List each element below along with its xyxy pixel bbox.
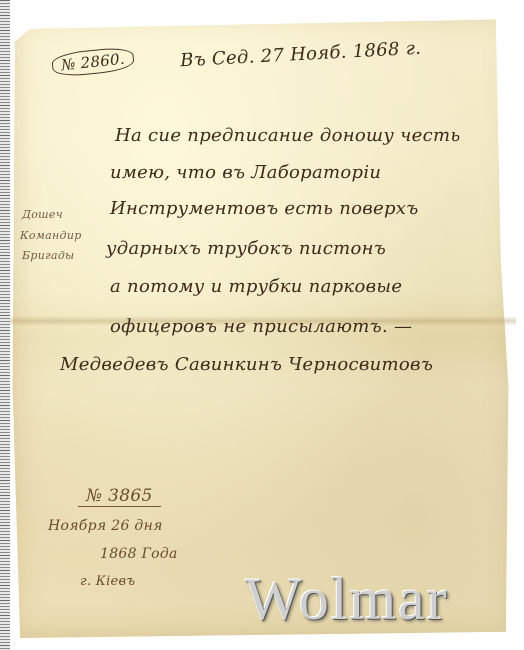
registration-date: Ноября 26 дня [48, 518, 163, 534]
margin-note-line: Бригады [22, 249, 74, 262]
body-line: Инструментовъ есть поверхъ [110, 198, 419, 219]
signature: Медведевъ Савинкинъ Черносвитовъ [60, 354, 433, 375]
registration-place: г. Кіевъ [80, 574, 135, 589]
body-line: На сие предписание доношу честь [115, 125, 460, 146]
body-line: офицеровъ не присылаютъ. — [110, 316, 412, 337]
body-line: имею, что въ Лабораторіи [110, 162, 381, 183]
registration-number: № 3865 [78, 486, 161, 507]
body-line: а потому и трубки парковые [110, 276, 402, 297]
watermark-logo: Wolmar [245, 565, 449, 634]
registration-year: 1868 Года [100, 546, 178, 562]
measurement-ruler [0, 0, 10, 650]
body-line: ударныхъ трубокъ пистонъ [106, 238, 386, 259]
margin-note-line: Командир [20, 229, 82, 242]
margin-note-line: Дошеч [22, 208, 63, 221]
